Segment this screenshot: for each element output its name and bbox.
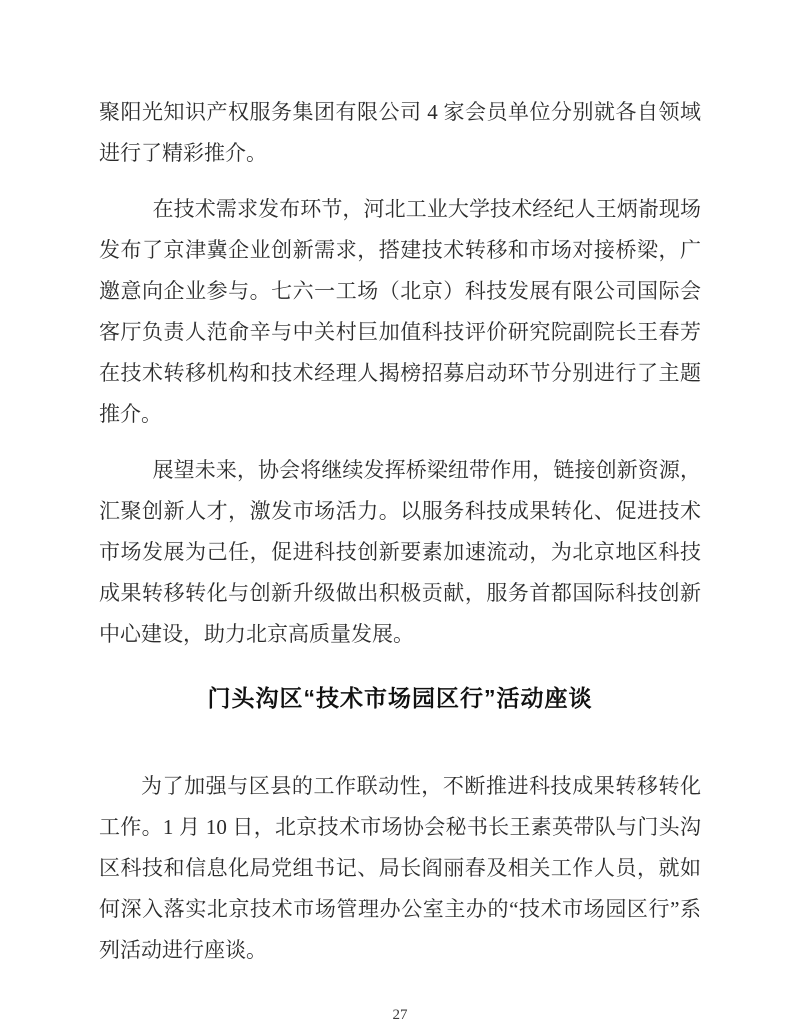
page-number: 27 <box>0 1007 800 1024</box>
document-page: 聚阳光知识产权服务集团有限公司 4 家会员单位分别就各自领域进行了精彩推介。 在… <box>0 0 800 1035</box>
section-heading: 门头沟区“技术市场园区行”活动座谈 <box>99 682 701 714</box>
paragraph-tech-demand-release: 在技术需求发布环节，河北工业大学技术经纪人王炳嵛现场发布了京津冀企业创新需求，搭… <box>99 189 701 435</box>
paragraph-mentougou-meeting: 为了加强与区县的工作联动性，不断推进科技成果转移转化工作。1 月 10 日，北京… <box>99 766 701 971</box>
paragraph-continuation: 聚阳光知识产权服务集团有限公司 4 家会员单位分别就各自领域进行了精彩推介。 <box>99 92 701 174</box>
paragraph-outlook: 展望未来，协会将继续发挥桥梁纽带作用，链接创新资源，汇聚创新人才，激发市场活力。… <box>99 450 701 655</box>
document-body: 聚阳光知识产权服务集团有限公司 4 家会员单位分别就各自领域进行了精彩推介。 在… <box>99 92 701 986</box>
